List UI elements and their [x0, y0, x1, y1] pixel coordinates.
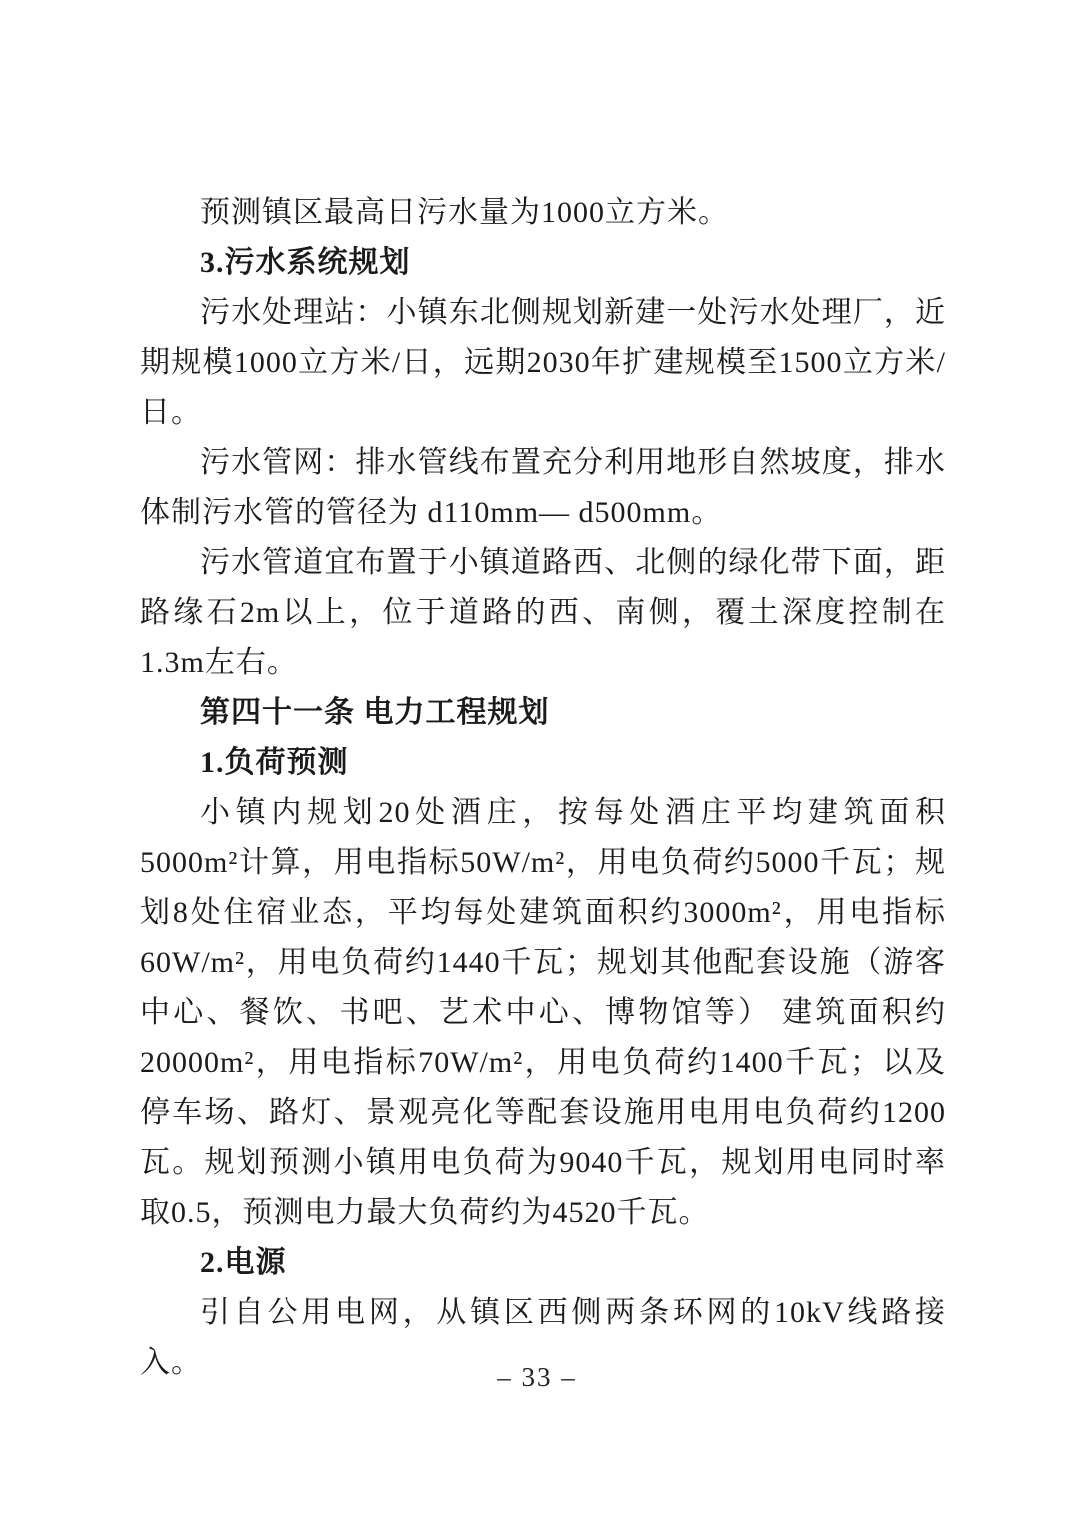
section-subheading: 2.电源 [140, 1238, 946, 1288]
section-subheading: 3.污水系统规划 [140, 238, 946, 288]
page-number: – 33 – [0, 1362, 1074, 1393]
article-heading: 第四十一条 电力工程规划 [140, 688, 946, 738]
body-paragraph: 污水处理站：小镇东北侧规划新建一处污水处理厂，近期规模1000立方米/日，远期2… [140, 288, 946, 438]
body-paragraph: 污水管网：排水管线布置充分利用地形自然坡度，排水体制污水管的管径为 d110mm… [140, 438, 946, 538]
body-paragraph: 预测镇区最高日污水量为1000立方米。 [140, 188, 946, 238]
document-body: 预测镇区最高日污水量为1000立方米。 3.污水系统规划 污水处理站：小镇东北侧… [140, 188, 946, 1388]
section-subheading: 1.负荷预测 [140, 738, 946, 788]
document-page: 预测镇区最高日污水量为1000立方米。 3.污水系统规划 污水处理站：小镇东北侧… [0, 0, 1074, 1520]
body-paragraph: 污水管道宜布置于小镇道路西、北侧的绿化带下面，距路缘石2m以上，位于道路的西、南… [140, 538, 946, 688]
body-paragraph: 小镇内规划20处酒庄，按每处酒庄平均建筑面积5000m²计算，用电指标50W/m… [140, 788, 946, 1238]
